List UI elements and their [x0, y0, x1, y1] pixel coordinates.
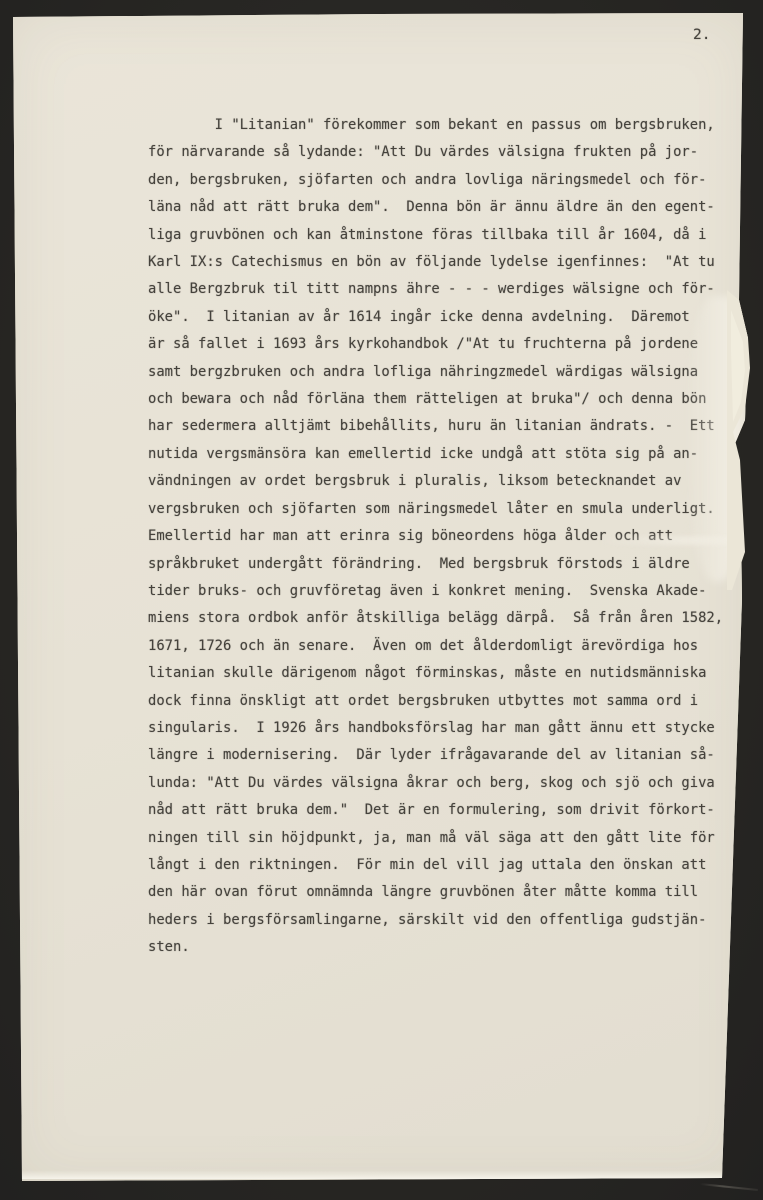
document-page: 2. I "Litanian" förekommer som bekant en…: [0, 0, 763, 1200]
page-number: 2.: [693, 26, 710, 44]
bottom-edge-highlight: [20, 1170, 726, 1179]
scan-background: { "document": { "page_number": "2.", "bo…: [0, 0, 763, 1200]
scratch-mark: [700, 1183, 758, 1191]
typewritten-text: I "Litanian" förekommer som bekant en pa…: [148, 112, 738, 962]
